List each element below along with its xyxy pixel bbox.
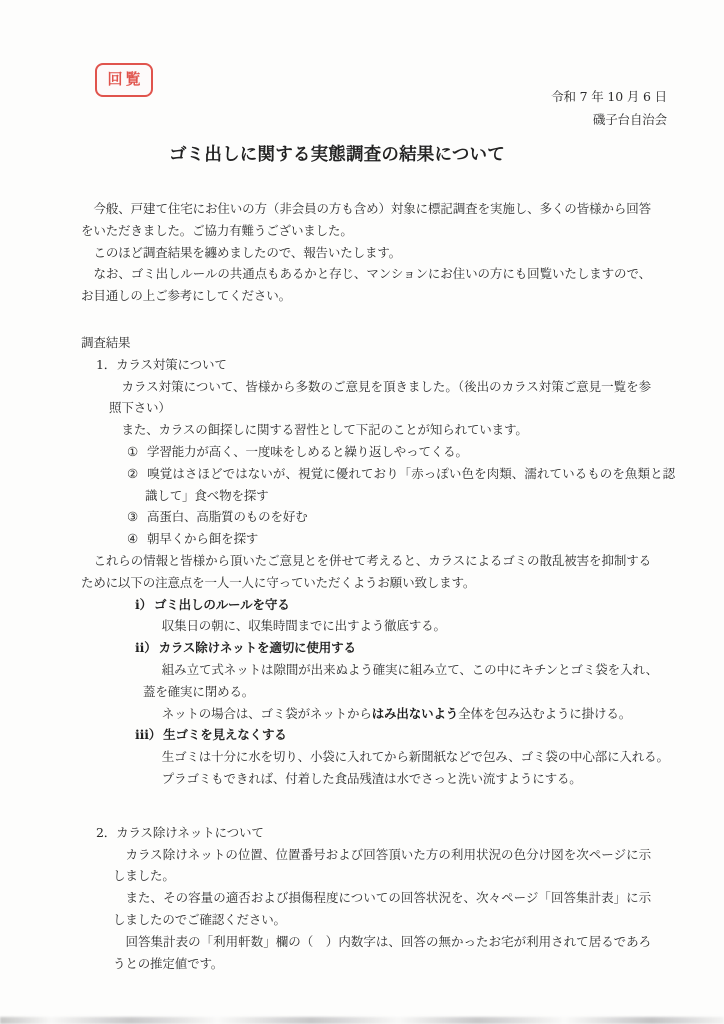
- document-title: ゴミ出しに関する実態調査の結果について: [169, 142, 505, 168]
- habit-marker-3: ③: [127, 506, 142, 528]
- rule-ii-body2-bold: はみ出ないよう: [372, 706, 458, 721]
- section2-number: 2．: [96, 825, 116, 840]
- intro-paragraph-3: なお、ゴミ出しルールの共通点もあるかと存じ、マンションにお住いの方にも回覧いたし…: [81, 263, 651, 307]
- rule-ii-body2-pre: ネットの場合は、ゴミ袋がネットから: [162, 706, 372, 721]
- rule-iii-body-2: プラゴミもできれば、付着した食品残渣は水でさっと洗い流すようにする。: [143, 768, 673, 790]
- rule-iii-heading: iii）生ゴミを見えなくする: [135, 724, 651, 746]
- intro-paragraph-1: 今般、戸建て住宅にお住いの方（非会員の方も含め）対象に標記調査を実施し、多くの皆…: [81, 198, 651, 242]
- section2-heading: 2．カラス除けネットについて: [96, 822, 651, 844]
- rule-i-title: ゴミ出しのルールを守る: [154, 597, 290, 612]
- crow-habit-item: ②嗅覚はさほどではないが、視覚に優れており「赤っぽい色を肉類、濡れているものを魚…: [127, 463, 675, 507]
- section2-paragraph-3: 回答集計表の「利用軒数」欄の（ ）内数字は、回答の無かったお宅が利用されて居るで…: [113, 931, 651, 975]
- crow-habit-item: ①学習能力が高く、一度味をしめると繰り返しやってくる。: [127, 441, 675, 463]
- scanned-document-page: 回覧 令和 7 年 10 月 6 日 磯子台自治会 ゴミ出しに関する実態調査の結…: [0, 0, 724, 1024]
- rule-i-body: 収集日の朝に、収集時間までに出すよう徹底する。: [143, 615, 673, 637]
- section2-title: カラス除けネットについて: [116, 825, 264, 840]
- habit-text-3: 高蛋白、高脂質のものを好む: [147, 509, 308, 524]
- crow-habit-item: ④朝早くから餌を探す: [127, 528, 675, 550]
- document-date: 令和 7 年 10 月 6 日: [81, 86, 667, 109]
- habit-marker-2: ②: [127, 463, 142, 485]
- rule-iii-body-1: 生ゴミは十分に水を切り、小袋に入れてから新聞紙などで包み、ゴミ袋の中心部に入れる…: [143, 746, 673, 768]
- section1-paragraph-1: カラス対策について、皆様から多数のご意見を頂きました。（後出のカラス対策ご意見一…: [109, 376, 651, 420]
- rule-ii-body-2: ネットの場合は、ゴミ袋がネットからはみ出ないよう全体を包み込むように掛ける。: [143, 703, 673, 725]
- habit-marker-1: ①: [127, 441, 142, 463]
- intro-section: 今般、戸建て住宅にお住いの方（非会員の方も含め）対象に標記調査を実施し、多くの皆…: [81, 198, 651, 307]
- section2-paragraph-2: また、その容量の適否および損傷程度についての回答状況を、次々ページ「回答集計表」…: [113, 887, 651, 931]
- crow-habit-item: ③高蛋白、高脂質のものを好む: [127, 506, 675, 528]
- habit-marker-4: ④: [127, 528, 142, 550]
- scan-edge-shadow: [0, 1017, 724, 1024]
- rule-iii-numeral: iii）: [135, 727, 161, 742]
- document-content: 令和 7 年 10 月 6 日 磯子台自治会 ゴミ出しに関する実態調査の結果につ…: [81, 0, 651, 974]
- document-organization: 磯子台自治会: [81, 109, 667, 132]
- results-heading: 調査結果: [81, 332, 651, 354]
- section2: 2．カラス除けネットについて カラス除けネットの位置、位置番号および回答頂いた方…: [81, 822, 651, 975]
- rule-iii-title: 生ゴミを見えなくする: [163, 727, 287, 742]
- section1-title: カラス対策について: [116, 357, 227, 372]
- document-header: 令和 7 年 10 月 6 日 磯子台自治会: [81, 86, 667, 131]
- rule-i-heading: i）ゴミ出しのルールを守る: [135, 594, 651, 616]
- rule-ii-body-1: 組み立て式ネットは隙間が出来ぬよう確実に組み立て、この中にキチンとゴミ袋を入れ、…: [143, 659, 658, 703]
- section2-paragraph-1: カラス除けネットの位置、位置番号および回答頂いた方の利用状況の色分け図を次ページ…: [113, 844, 651, 888]
- rule-ii-title: カラス除けネットを適切に使用する: [159, 640, 356, 655]
- section1-number: 1．: [96, 357, 116, 372]
- habit-text-2: 嗅覚はさほどではないが、視覚に優れており「赤っぽい色を肉類、濡れているものを魚類…: [145, 466, 675, 503]
- habit-text-1: 学習能力が高く、一度味をしめると繰り返しやってくる。: [147, 444, 468, 459]
- section1-paragraph-3: これらの情報と皆様から頂いたご意見とを併せて考えると、カラスによるゴミの散乱被害…: [81, 550, 651, 594]
- rule-ii-heading: ii）カラス除けネットを適切に使用する: [135, 637, 651, 659]
- section1-paragraph-2: また、カラスの餌探しに関する習性として下記のことが知られています。: [109, 419, 651, 441]
- habit-text-4: 朝早くから餌を探す: [147, 531, 258, 546]
- section1-heading: 1．カラス対策について: [96, 354, 651, 376]
- rule-ii-body2-post: 全体を包み込むように掛ける。: [458, 706, 631, 721]
- rule-ii-numeral: ii）: [135, 640, 157, 655]
- intro-paragraph-2: このほど調査結果を纏めましたので、報告いたします。: [81, 242, 651, 264]
- rule-i-numeral: i）: [135, 597, 152, 612]
